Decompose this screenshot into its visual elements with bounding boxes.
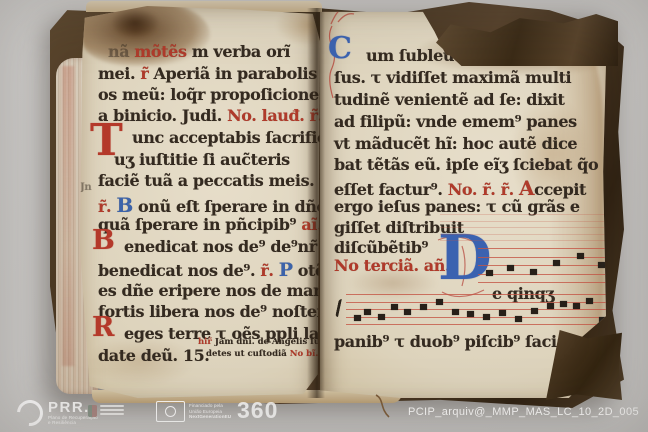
filename-label: PCIP_arquiv@_MMP_MAS_LC_10_2D_005	[408, 406, 639, 418]
manuscript-line: a binicio. Judi. No. lauđ. r̃.	[98, 106, 323, 125]
republica-portuguesa-text-lines	[100, 405, 124, 417]
neume-note	[354, 315, 361, 321]
text-run: onũ eſt ſperare in dño	[133, 197, 327, 216]
manuscript-line: tudinẽ venientẽ ad ſe: dixit	[334, 90, 565, 109]
neume-note	[436, 299, 443, 305]
neume-note	[577, 253, 584, 259]
neume-note	[378, 314, 385, 320]
eu-text-line1: Financiado pela	[189, 403, 223, 408]
text-run: nã	[108, 42, 134, 61]
stave-line	[440, 227, 608, 228]
manuscript-line: ad filipũ: vnde emem⁹ panes	[334, 112, 577, 131]
republica-portuguesa-logo	[88, 405, 124, 417]
neume-note	[530, 269, 537, 275]
manuscript-line: enedicat nos de⁹ de⁹nr̃	[124, 237, 317, 256]
text-run: Jn	[80, 182, 91, 193]
stave-line	[478, 257, 608, 258]
text-run: B	[116, 193, 133, 217]
neume-note	[598, 262, 605, 268]
loose-thread	[372, 393, 400, 423]
manuscript-line: mei. r̃ Aperiã in parabolis	[98, 64, 317, 83]
prr-subtitle-line2: e Resiliência	[48, 420, 76, 425]
neume-note	[467, 311, 474, 317]
text-run: r̃	[140, 64, 153, 83]
text-run: mei.	[98, 64, 140, 83]
stave-line	[478, 265, 608, 266]
manuscript-line: es dñe eripere nos de manu	[98, 281, 336, 300]
eu-funding-text: Financiado pela União Europeia NextGener…	[189, 403, 231, 420]
text-run: benedicat nos de⁹.	[98, 261, 260, 280]
neume-note	[404, 309, 411, 315]
illuminated-initial-T: T	[90, 122, 123, 159]
manuscript-line: vt mãducẽt hĩ: hoc autẽ dice	[334, 134, 577, 153]
stave-line	[346, 324, 610, 325]
music-stave	[440, 214, 608, 240]
prr-logo: PRR. Plano de Recuperação e Resiliência	[17, 400, 98, 426]
neume-note	[499, 310, 506, 316]
manuscript-line: fortis libera nos de⁹ noſter.	[98, 302, 328, 321]
fore-edge-staining	[62, 66, 74, 366]
text-run: panib⁹ τ duob⁹ piſcib⁹ ſacia	[334, 332, 567, 351]
text-run: Aperiã in parabolis	[154, 64, 317, 83]
stave-line	[346, 309, 610, 310]
neume-note	[364, 309, 371, 315]
neume-note	[420, 304, 427, 310]
text-run: r̃.	[98, 197, 116, 216]
manuscript-line: os meũ: loq̃r propoſiciones	[98, 85, 327, 104]
text-run: vt mãducẽt hĩ: hoc autẽ dice	[334, 134, 577, 153]
stave-line	[478, 248, 608, 249]
neume-note	[483, 314, 490, 320]
manuscript-line: Jn	[80, 182, 91, 193]
neume-note	[452, 309, 459, 315]
manuscript-line: r̃. B onũ eſt ſperare in dño	[98, 193, 327, 217]
neume-note	[486, 270, 493, 276]
stave-line	[346, 302, 610, 303]
text-run: es dñe eripere nos de manu	[98, 281, 336, 300]
illuminated-initial-C: C	[328, 36, 352, 62]
stave-line	[478, 282, 608, 283]
eu-text-line2: União Europeia	[189, 409, 222, 414]
neume-note	[515, 316, 522, 322]
text-run: tudinẽ venientẽ ad ſe: dixit	[334, 90, 565, 109]
eu-stars-circle-icon	[165, 406, 176, 417]
text-run: detes ut cuſtodiã	[206, 349, 290, 359]
text-run: No terciã. añ.	[334, 256, 450, 275]
stave-line	[440, 234, 608, 235]
neume-note	[573, 303, 580, 309]
text-run: r̃.	[260, 261, 278, 280]
neume-note	[547, 303, 554, 309]
text-run: fortis libera nos de⁹ noſter.	[98, 302, 328, 321]
neume-note	[507, 265, 514, 271]
book-gutter	[307, 8, 325, 398]
clef-mark	[335, 299, 346, 317]
stave-line	[478, 274, 608, 275]
penwork-annotation	[328, 4, 358, 30]
stave-line	[346, 317, 610, 318]
manuscript-line: benedicat nos de⁹. r̃. P otẽs	[98, 259, 333, 281]
text-run: ad filipũ: vnde emem⁹ panes	[334, 112, 577, 131]
music-stave	[478, 248, 608, 282]
neume-note	[391, 304, 398, 310]
text-run: P	[279, 259, 293, 281]
digitization-photo: nã mõtẽs m verba orĩmei. r̃ Aperiã in pa…	[0, 0, 648, 432]
text-run: hir̃	[198, 337, 215, 347]
eu-funding-logo: Financiado pela União Europeia NextGener…	[156, 401, 231, 422]
text-run: ſus. τ vidiſſet maximã multi	[334, 68, 571, 87]
prr-swoosh-icon	[12, 395, 49, 432]
stave-line	[440, 240, 608, 241]
manuscript-line: date deũ. 15.	[98, 346, 209, 365]
text-run: unc acceptabis ſacrifici	[132, 128, 332, 147]
eu-flag-icon	[156, 401, 185, 422]
eu-text-line3: NextGenerationEU	[189, 414, 231, 419]
text-run: m verba orĩ	[192, 42, 290, 61]
manuscript-line: uʒ iuſtitie ſi auc̃teris	[114, 150, 290, 169]
manuscript-line: panib⁹ τ duob⁹ piſcib⁹ ſacia.	[334, 332, 572, 351]
music-stave	[346, 294, 610, 324]
illuminated-initial-B: B	[92, 230, 115, 253]
manuscript-line: diſcũbẽtib⁹	[334, 238, 428, 257]
manuscript-line: No terciã. añ.	[334, 256, 450, 275]
neume-note	[553, 260, 560, 266]
manuscript-line: unc acceptabis ſacrifici	[132, 128, 332, 147]
neume-note	[586, 298, 593, 304]
manuscript-line: bat tẽtãs eũ. ipſe eĩʒ ſciebat q̃o	[334, 155, 598, 174]
text-run: bat tẽtãs eũ. ipſe eĩʒ ſciebat q̃o	[334, 155, 598, 174]
text-run: date deũ. 15.	[98, 346, 209, 365]
damage-stain	[110, 8, 160, 38]
left-page: nã mõtẽs m verba orĩmei. r̃ Aperiã in pa…	[80, 6, 320, 398]
neume-note	[560, 301, 567, 307]
text-run: mõtẽs	[134, 42, 191, 61]
page-number: 360	[237, 397, 278, 424]
text-run: diſcũbẽtib⁹	[334, 238, 428, 257]
text-run: faciẽ tuã a peccatis meis.	[98, 171, 320, 190]
illuminated-initial-R: R	[92, 317, 114, 340]
text-run: enedicat nos de⁹ de⁹nr̃	[124, 237, 317, 256]
manuscript-line: nã mõtẽs m verba orĩ	[108, 42, 290, 61]
text-run: quã ſperare in pñcipib⁹	[98, 215, 301, 234]
portuguese-flag-icon	[88, 405, 97, 417]
manuscript-line: ſus. τ vidiſſet maximã multi	[334, 68, 571, 87]
stave-line	[346, 294, 610, 295]
stave-line	[440, 214, 608, 215]
neume-note	[531, 308, 538, 314]
manuscript-line: quã ſperare in pñcipib⁹ aĩ.	[98, 215, 322, 234]
text-run: uʒ iuſtitie ſi auc̃teris	[114, 150, 290, 169]
text-run: os meũ: loq̃r propoſiciones	[98, 85, 327, 104]
stave-line	[440, 221, 608, 222]
